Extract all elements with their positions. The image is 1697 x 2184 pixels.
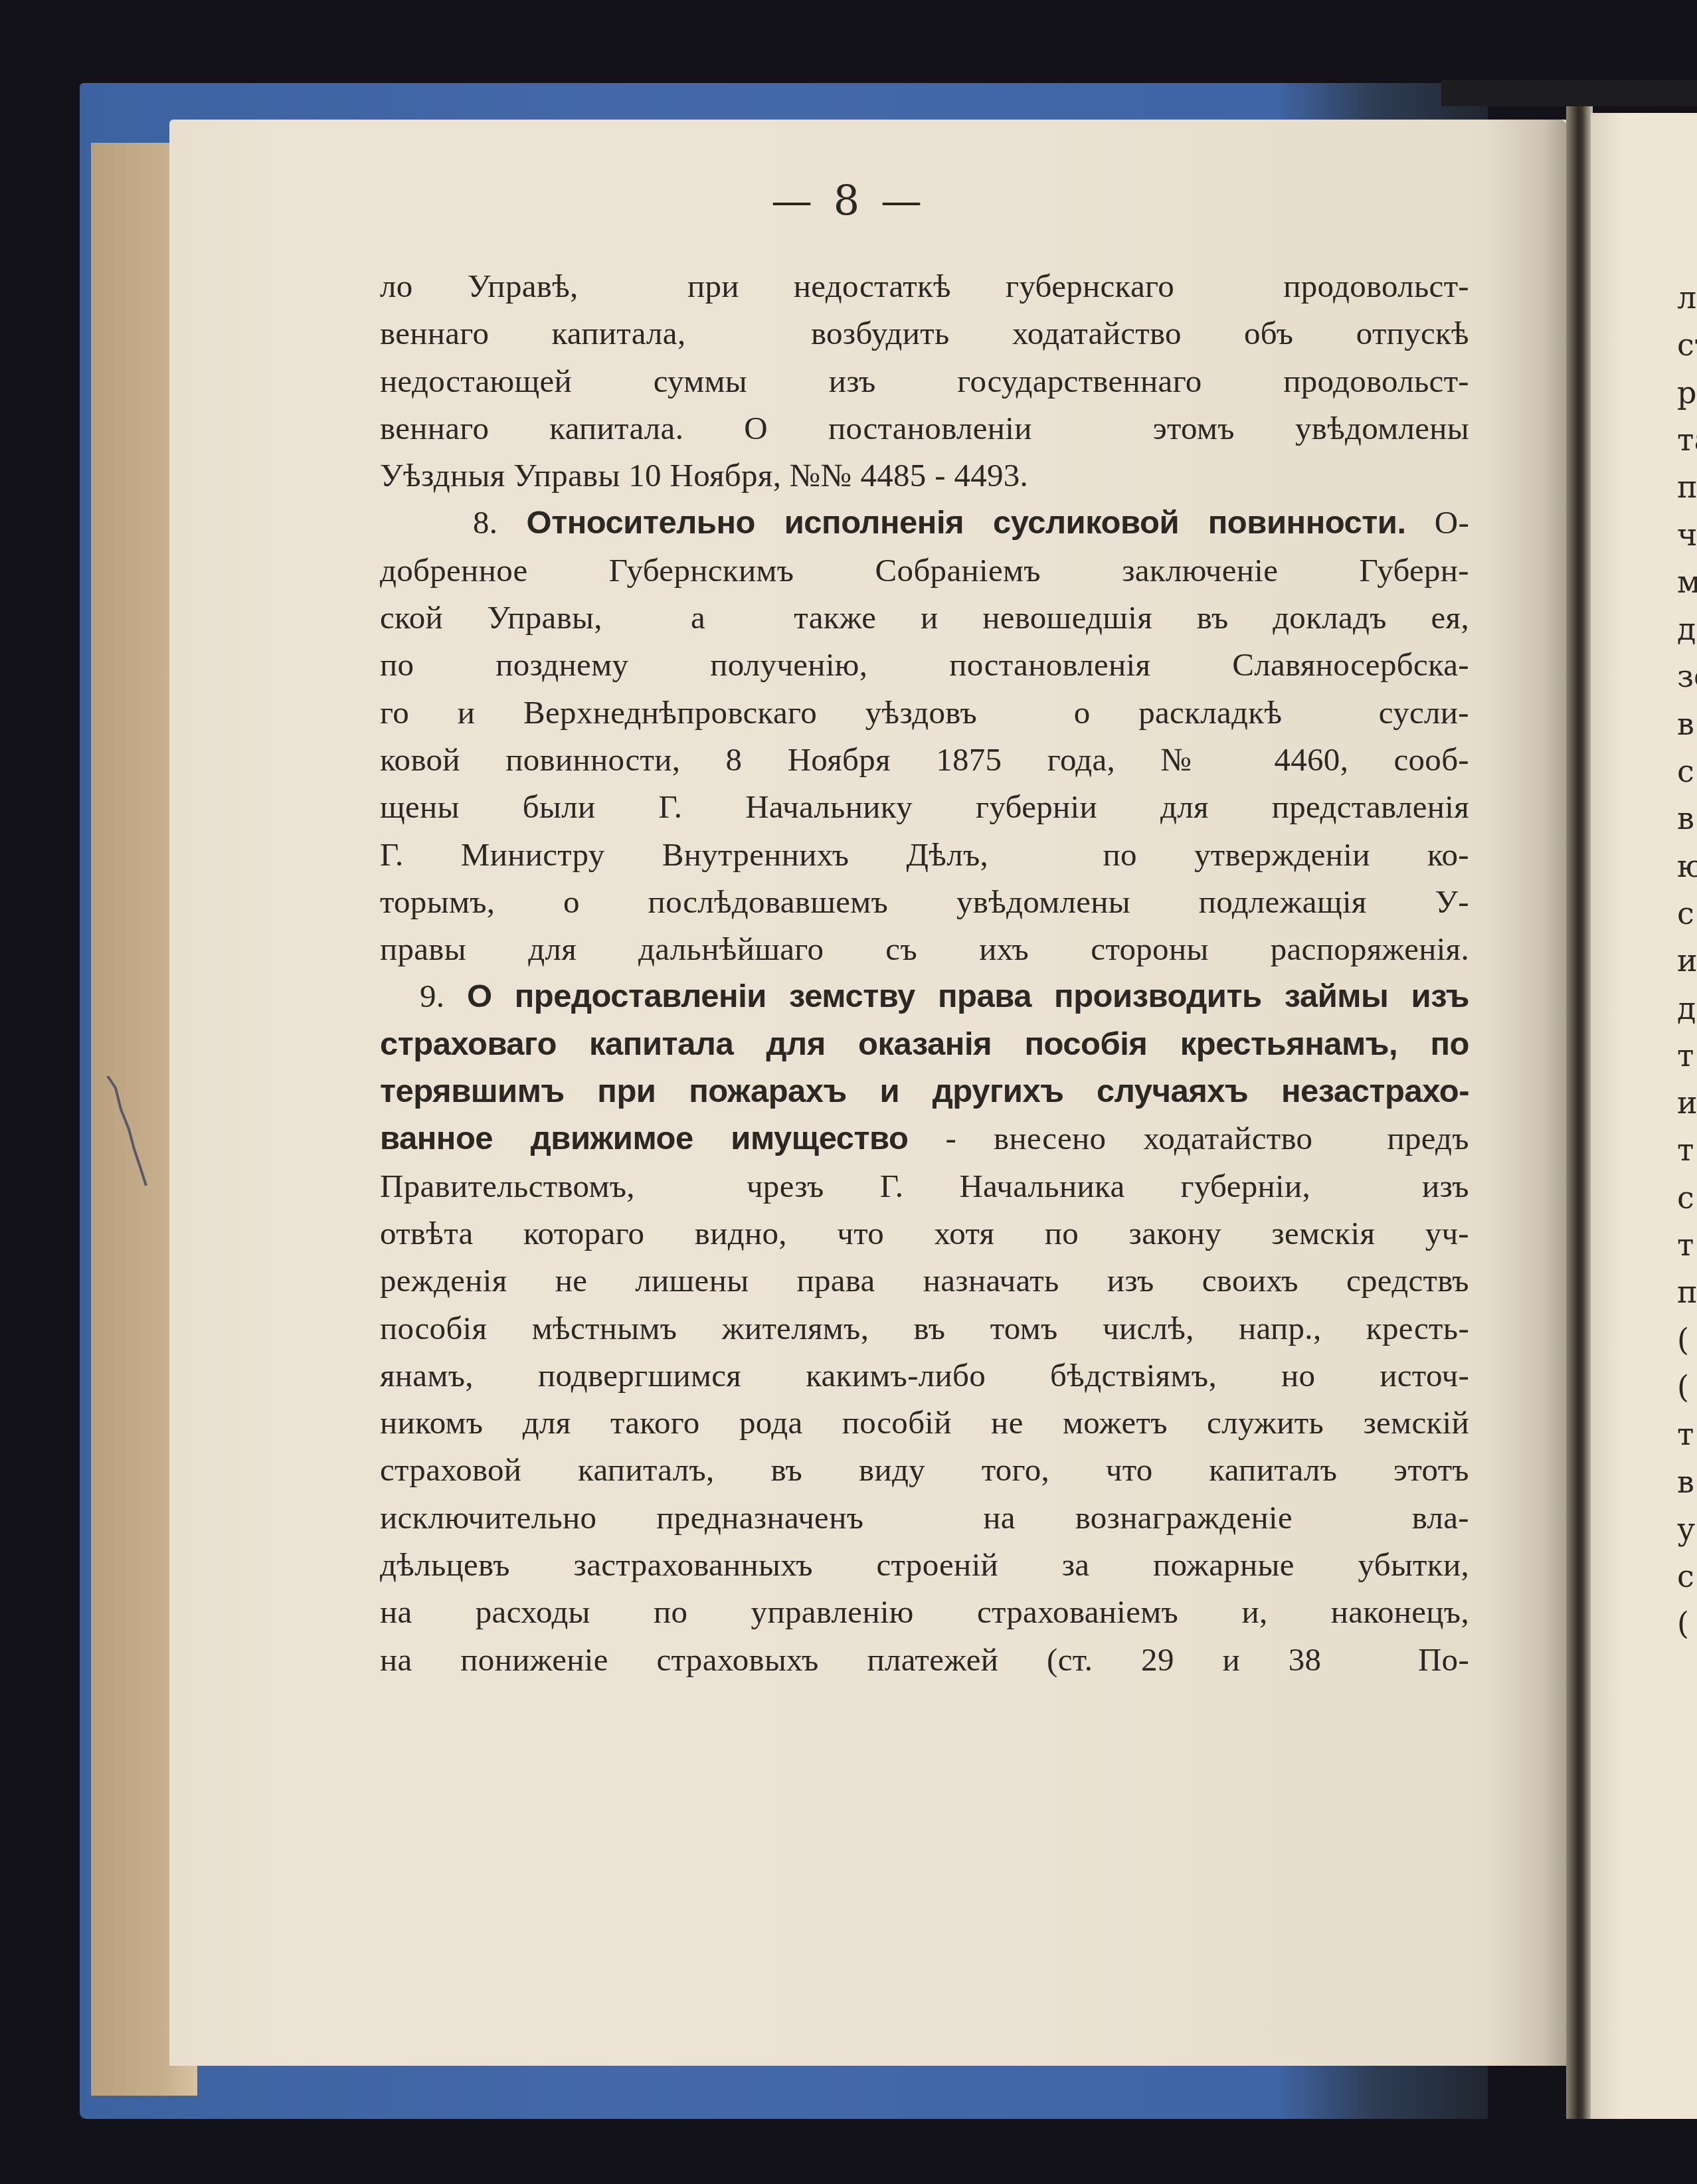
text-line: Уѣздныя Управы 10 Ноября, №№ 4485 - 4493… <box>380 452 1469 499</box>
text-line: ской Управы, а также и невошедшія въ док… <box>380 594 1469 641</box>
text-line: Правительствомъ, чрезъ Г. Начальника губ… <box>380 1162 1469 1210</box>
next-page-line-fragment: в <box>1677 803 1694 834</box>
book-gutter <box>1566 106 1593 2119</box>
text-line: недостающей суммы изъ государственнаго п… <box>380 357 1469 405</box>
next-page-line-fragment: т <box>1677 1040 1694 1071</box>
text-line: режденія не лишены права назначать изъ с… <box>380 1257 1469 1304</box>
next-page-line-fragment: зе <box>1677 661 1697 691</box>
next-page-line-fragment: ле <box>1677 282 1697 313</box>
text-run: Уѣздныя Управы 10 Ноября, №№ 4485 - 4493… <box>380 457 1028 494</box>
next-page-line-fragment: и <box>1677 1087 1697 1118</box>
cover-spine-edge <box>1441 80 1697 106</box>
text-run: веннаго капитала. О постановленіи этомъ … <box>380 410 1469 446</box>
text-run: недостающей суммы изъ государственнаго п… <box>380 363 1469 399</box>
section-heading: О предоставленіи земству права производи… <box>467 978 1469 1014</box>
text-run: добренное Губернскимъ Собраніемъ заключе… <box>380 552 1469 589</box>
text-run: веннаго капитала, возбудить ходатайство … <box>380 315 1469 351</box>
text-run: режденія не лишены права назначать изъ с… <box>380 1262 1469 1299</box>
text-line: ковой повинности, 8 Ноября 1875 года, № … <box>380 736 1469 783</box>
next-page-line-fragment: с <box>1677 1182 1694 1213</box>
text-line: добренное Губернскимъ Собраніемъ заключе… <box>380 547 1469 594</box>
next-page-line-fragment: в <box>1677 709 1694 739</box>
next-page-line-fragment: в <box>1677 1467 1694 1497</box>
text-line: веннаго капитала, возбудить ходатайство … <box>380 310 1469 357</box>
text-line: щены были Г. Начальнику губерніи для пре… <box>380 783 1469 830</box>
text-run: О- <box>1406 504 1470 541</box>
next-page-line-fragment: ( <box>1677 1372 1689 1402</box>
text-line: страховой капиталъ, въ виду того, что ка… <box>380 1446 1469 1493</box>
text-run: по позднему полученію, постановленія Сла… <box>380 646 1469 683</box>
text-run: никомъ для такого рода пособій не можетъ… <box>380 1404 1469 1441</box>
text-run: на расходы по управленію страхованіемъ и… <box>380 1593 1469 1630</box>
text-line: Г. Министру Внутреннихъ Дѣлъ, по утвержд… <box>380 831 1469 878</box>
text-run: го и Верхнеднѣпровскаго уѣздовъ о раскла… <box>380 694 1469 731</box>
text-run: ло Управѣ, при недостаткѣ губернскаго пр… <box>380 268 1469 304</box>
text-line: янамъ, подвергшимся какимъ-либо бѣдствія… <box>380 1352 1469 1399</box>
text-run: ковой повинности, 8 Ноября 1875 года, № … <box>380 741 1469 778</box>
text-line: ло Управѣ, при недостаткѣ губернскаго пр… <box>380 262 1469 310</box>
next-page-line-fragment: т <box>1677 1419 1694 1449</box>
next-page-fragment: лестретапрчимдезевсвюсидтитстп((твус( <box>1591 113 1697 2119</box>
text-run: страховой капиталъ, въ виду того, что ка… <box>380 1451 1469 1488</box>
text-line: по позднему полученію, постановленія Сла… <box>380 641 1469 688</box>
text-line: веннаго капитала. О постановленіи этомъ … <box>380 405 1469 452</box>
text-run: пособія мѣстнымъ жителямъ, въ томъ числѣ… <box>380 1310 1469 1346</box>
section-heading: ванное движимое имущество <box>380 1121 908 1156</box>
section-heading: страховаго капитала для оказанія пособія… <box>380 1026 1469 1062</box>
text-line: дѣльцевъ застрахованныхъ строеній за пож… <box>380 1541 1469 1588</box>
text-line: на расходы по управленію страхованіемъ и… <box>380 1588 1469 1635</box>
text-run: исключительно предназначенъ на вознаграж… <box>380 1499 1469 1536</box>
text-line: торымъ, о послѣдовавшемъ увѣдомлены подл… <box>380 878 1469 925</box>
text-run: ской Управы, а также и невошедшія въ док… <box>380 599 1469 636</box>
text-line: правы для дальнѣйшаго съ ихъ стороны рас… <box>380 925 1469 972</box>
text-run: правы для дальнѣйшаго съ ихъ стороны рас… <box>380 931 1469 967</box>
next-page-line-fragment: д <box>1677 993 1696 1024</box>
text-line: ванное движимое имущество - внесено хода… <box>380 1115 1469 1162</box>
next-page-line-fragment: с <box>1677 898 1694 929</box>
page-number: — 8 — <box>0 176 1697 225</box>
next-page-line-fragment: пр <box>1677 472 1697 502</box>
text-run: 9. <box>420 978 467 1014</box>
text-run: Правительствомъ, чрезъ Г. Начальника губ… <box>380 1168 1469 1204</box>
text-line: 8. Относительно исполненія сусликовой по… <box>380 499 1469 546</box>
page-text: ло Управѣ, при недостаткѣ губернскаго пр… <box>380 262 1469 1683</box>
text-run: отвѣта котораго видно, что хотя по закон… <box>380 1215 1469 1251</box>
next-page-line-fragment: п <box>1677 1277 1697 1307</box>
next-page-line-fragment: ( <box>1677 1324 1689 1355</box>
text-line: на пониженіе страховыхъ платежей (ст. 29… <box>380 1636 1469 1683</box>
next-page-line-fragment: ре <box>1677 377 1697 408</box>
section-heading: Относительно исполненія сусликовой повин… <box>527 505 1406 541</box>
next-page-line-fragment: у <box>1677 1514 1695 1544</box>
text-run: 8. <box>473 504 527 541</box>
text-run: на пониженіе страховыхъ платежей (ст. 29… <box>380 1641 1469 1678</box>
text-line: страховаго капитала для оказанія пособія… <box>380 1020 1469 1067</box>
next-page-line-fragment: чи <box>1677 519 1697 550</box>
next-page-line-fragment: та <box>1677 424 1697 455</box>
next-page-line-fragment: т <box>1677 1229 1694 1260</box>
text-run: янамъ, подвергшимся какимъ-либо бѣдствія… <box>380 1357 1469 1394</box>
text-run: торымъ, о послѣдовавшемъ увѣдомлены подл… <box>380 883 1469 920</box>
text-run: дѣльцевъ застрахованныхъ строеній за пож… <box>380 1546 1469 1583</box>
next-page-line-fragment: де <box>1677 614 1697 644</box>
text-line: отвѣта котораго видно, что хотя по закон… <box>380 1210 1469 1257</box>
next-page-line-fragment: ( <box>1677 1608 1689 1639</box>
next-page-line-fragment: т <box>1677 1135 1694 1165</box>
next-page-line-fragment: м <box>1677 567 1697 597</box>
text-line: терявшимъ при пожарахъ и другихъ случаях… <box>380 1067 1469 1115</box>
text-line: исключительно предназначенъ на вознаграж… <box>380 1494 1469 1541</box>
next-page-line-fragment: ст <box>1677 329 1697 360</box>
next-page-line-fragment: и <box>1677 945 1697 976</box>
text-line: 9. О предоставленіи земству права произв… <box>380 972 1469 1020</box>
text-line: го и Верхнеднѣпровскаго уѣздовъ о раскла… <box>380 689 1469 736</box>
paper-crease <box>106 1076 159 1189</box>
next-page-line-fragment: с <box>1677 756 1694 786</box>
text-run: Г. Министру Внутреннихъ Дѣлъ, по утвержд… <box>380 836 1469 873</box>
text-line: пособія мѣстнымъ жителямъ, въ томъ числѣ… <box>380 1305 1469 1352</box>
next-page-line-fragment: с <box>1677 1561 1694 1592</box>
text-run: щены были Г. Начальнику губерніи для пре… <box>380 788 1469 825</box>
text-line: никомъ для такого рода пособій не можетъ… <box>380 1399 1469 1446</box>
next-page-line-fragment: ю <box>1677 851 1697 881</box>
text-run: - внесено ходатайство предъ <box>908 1120 1469 1156</box>
section-heading: терявшимъ при пожарахъ и другихъ случаях… <box>380 1073 1469 1109</box>
